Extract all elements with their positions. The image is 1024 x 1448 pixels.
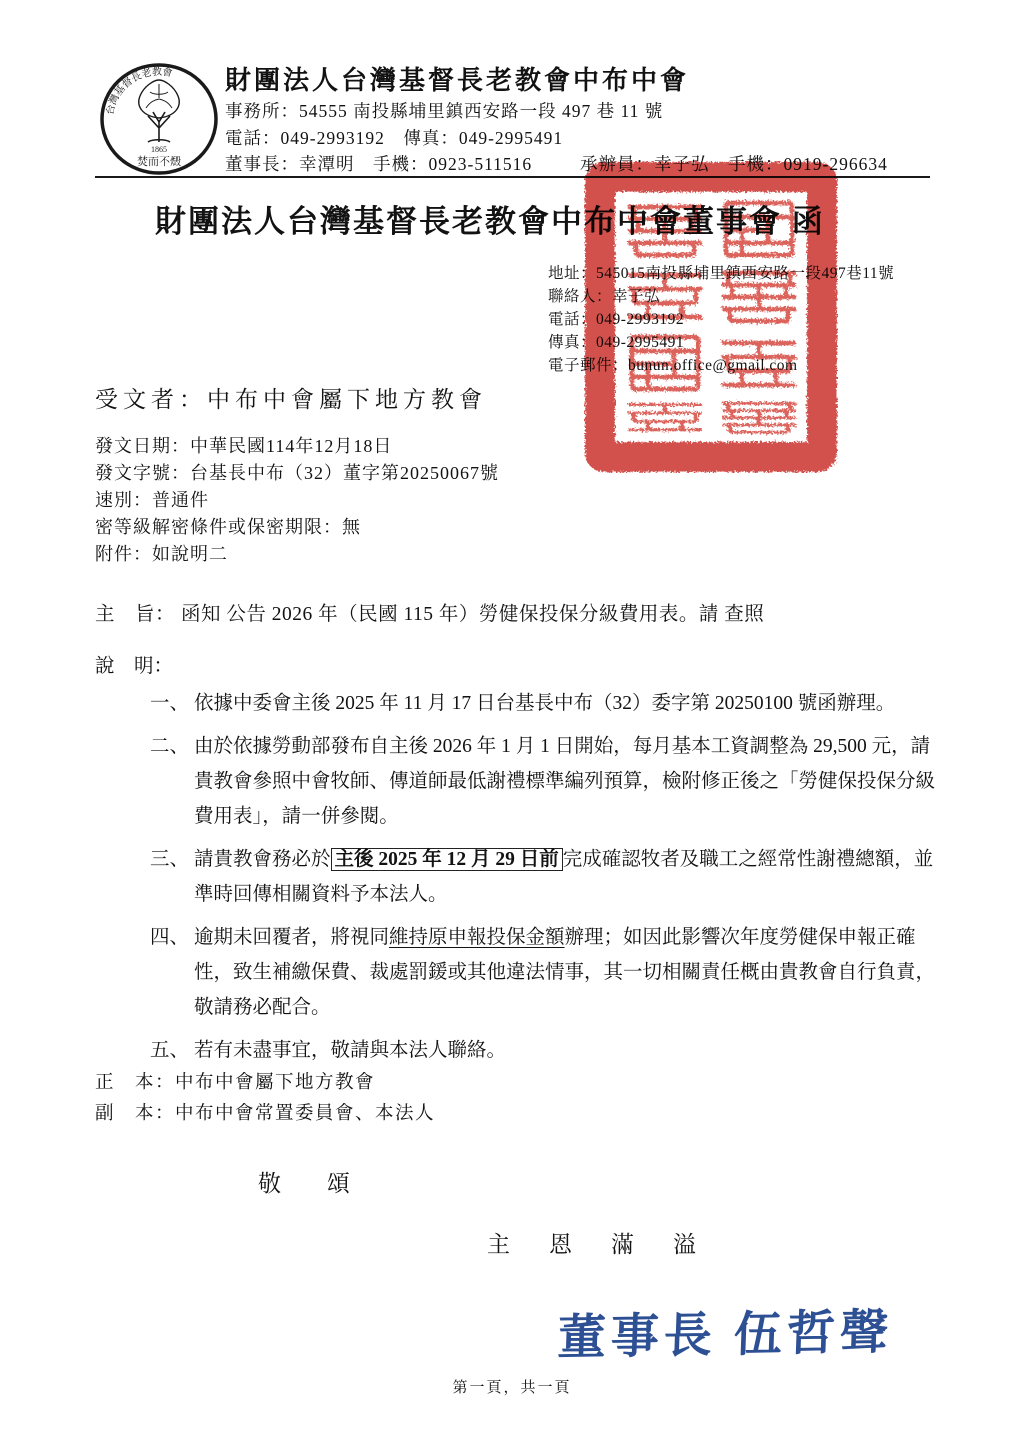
meta-secrecy: 密等級解密條件或保密期限：無 (95, 514, 499, 541)
item-3-number: 三、 (150, 842, 194, 912)
staff-line: 承辦員：幸子弘 手機：0919-296634 (580, 151, 888, 176)
contact-fax: 傳真：049-2995491 (548, 331, 894, 354)
subject-text: 函知 公告 2026 年（民國 115 年）勞健保投保分級費用表。請 查照 (181, 604, 764, 625)
meta-doc-number: 發文字號：台基長中布（32）董字第20250067號 (95, 460, 499, 487)
item-4-text: 逾期未回覆者，將視同維持原申報投保金額辦理；如因此影響次年度勞健保申報正確性，致… (194, 920, 942, 1025)
contact-email: 電子郵件：bunun.office@gmail.com (548, 354, 894, 377)
item-2-text: 由於依據勞動部發布自主後 2026 年 1 月 1 日開始，每月基本工資調整為 … (194, 729, 942, 834)
document-title: 財團法人台灣基督長老教會中布中會董事會 函 (155, 196, 825, 241)
logo-ring-text: 台灣基督長老教會 (103, 65, 173, 116)
meta-speed: 速別：普通件 (95, 487, 499, 514)
item-4-number: 四、 (150, 920, 194, 1025)
item-1-number: 一、 (150, 686, 194, 721)
explanation-items: 一、 依據中委會主後 2025 年 11 月 17 日台基長中布（32）委字第 … (150, 686, 942, 1076)
item-5-number: 五、 (150, 1033, 194, 1068)
meta-attachment: 附件：如說明二 (95, 541, 499, 568)
copy-cc-line: 副 本：中布中會常置委員會、本法人 (95, 1099, 435, 1125)
copy-original-line: 正 本：中布中會屬下地方教會 (95, 1068, 375, 1094)
item-4: 四、 逾期未回覆者，將視同維持原申報投保金額辦理；如因此影響次年度勞健保申報正確… (150, 920, 942, 1025)
closing-salute: 敬 頌 (258, 1165, 350, 1198)
header-divider (95, 176, 930, 178)
church-logo: 台灣基督長老教會 1865 焚而不燬 (98, 62, 220, 176)
item-3-text: 請貴教會務必於主後 2025 年 12 月 29 日前完成確認牧者及職工之經常性… (194, 842, 942, 912)
office-address-line: 事務所：54555 南投縣埔里鎮西安路一段 497 巷 11 號 (225, 98, 663, 123)
official-letter-page: 台灣基督長老教會 1865 焚而不燬 財團法人台灣基督長老教會中布中會 事務所：… (0, 0, 1024, 1448)
item-4-pre: 逾期未回覆者，將視同 (194, 927, 389, 948)
chairman-signature: 董事長 伍哲聲 (557, 1293, 895, 1368)
item-2-number: 二、 (150, 729, 194, 834)
item-3: 三、 請貴教會務必於主後 2025 年 12 月 29 日前完成確認牧者及職工之… (150, 842, 942, 912)
svg-text:台灣基督長老教會: 台灣基督長老教會 (103, 65, 173, 116)
contact-block: 地址：545015南投縣埔里鎮西安路一段497巷11號 聯絡人：幸子弘 電話：0… (548, 262, 894, 377)
meta-date: 發文日期：中華民國114年12月18日 (95, 433, 499, 460)
item-5: 五、 若有未盡事宜，敬請與本法人聯絡。 (150, 1033, 942, 1068)
item-2: 二、 由於依據勞動部發布自主後 2026 年 1 月 1 日開始，每月基本工資調… (150, 729, 942, 834)
tree-icon (139, 80, 179, 142)
item-1-text: 依據中委會主後 2025 年 11 月 17 日台基長中布（32）委字第 202… (194, 686, 942, 721)
page-number: 第一頁，共一頁 (0, 1376, 1024, 1397)
meta-block: 發文日期：中華民國114年12月18日 發文字號：台基長中布（32）董字第202… (95, 433, 499, 568)
subject-label: 主 旨： (95, 604, 175, 625)
phone-fax-line: 電話：049-2993192 傳真：049-2995491 (225, 125, 563, 150)
item-4-underlined: 維持原申報投保金額 (389, 927, 565, 948)
chairman-line: 董事長：幸潭明 手機：0923-511516 (225, 151, 532, 176)
logo-motto: 焚而不燬 (137, 154, 181, 168)
recipient-line: 受文者：中布中會屬下地方教會 (95, 381, 487, 414)
subject-line: 主 旨：函知 公告 2026 年（民國 115 年）勞健保投保分級費用表。請 查… (95, 598, 935, 626)
contact-phone: 電話：049-2993192 (548, 308, 894, 331)
item-3-deadline-boxed: 主後 2025 年 12 月 29 日前 (331, 848, 563, 871)
explanation-label: 說 明： (95, 650, 173, 678)
closing-blessing: 主 恩 滿 溢 (487, 1226, 704, 1259)
item-5-text: 若有未盡事宜，敬請與本法人聯絡。 (194, 1033, 942, 1068)
contact-address: 地址：545015南投縣埔里鎮西安路一段497巷11號 (548, 262, 894, 285)
org-name: 財團法人台灣基督長老教會中布中會 (225, 60, 689, 97)
contact-person: 聯絡人：幸子弘 (548, 285, 894, 308)
logo-year: 1865 (151, 145, 167, 154)
item-3-pre: 請貴教會務必於 (194, 849, 331, 870)
item-1: 一、 依據中委會主後 2025 年 11 月 17 日台基長中布（32）委字第 … (150, 686, 942, 721)
